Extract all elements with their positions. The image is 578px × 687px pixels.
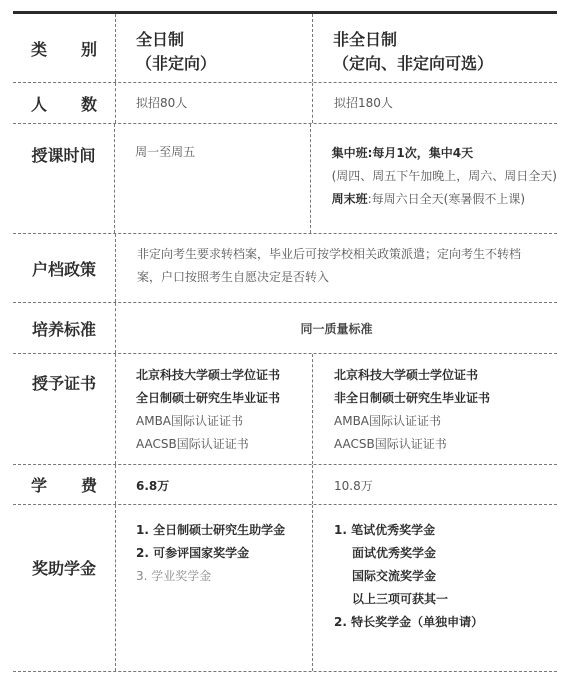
table-row-hukou: 户档政策 非定向考生要求转档案，毕业后可按学校相关政策派遣；定向考生不转档 案，… bbox=[13, 234, 557, 303]
schedule-part-time: 集中班:每月1次，集中4天 (周四、周五下午加晚上，周六、周日全天) 周末班:每… bbox=[311, 124, 557, 233]
tuition-part-time: 10.8万 bbox=[313, 465, 557, 504]
comparison-table: 类 别 全日制 （非定向） 非全日制 （定向、非定向可选） 人 数 拟招80人 … bbox=[13, 11, 557, 672]
row-label-hukou: 户档政策 bbox=[13, 234, 116, 302]
full-time-header: 全日制 （非定向） bbox=[116, 14, 313, 82]
certificate-item: 全日制硕士研究生毕业证书 bbox=[136, 387, 312, 410]
scholarship-item: 1. 笔试优秀奖学金 bbox=[334, 519, 557, 542]
category-header-char-2: 别 bbox=[81, 37, 97, 60]
hukou-policy-line-2: 案，户口按照考生自愿决定是否转入 bbox=[137, 266, 547, 289]
part-time-subtitle: （定向、非定向可选） bbox=[333, 52, 557, 76]
hukou-policy-text: 非定向考生要求转档案，毕业后可按学校相关政策派遣；定向考生不转档 案，户口按照考… bbox=[116, 234, 557, 302]
certificates-full-time: 北京科技大学硕士学位证书 全日制硕士研究生毕业证书 AMBA国际认证证书 AAC… bbox=[116, 354, 313, 464]
count-part-time: 拟招180人 bbox=[313, 83, 557, 123]
certificate-item: 北京科技大学硕士学位证书 bbox=[136, 364, 312, 387]
scholarship-item: 面试优秀奖学金 bbox=[334, 542, 557, 565]
category-header: 类 别 bbox=[13, 14, 116, 82]
scholarship-item: 国际交流奖学金 bbox=[334, 565, 557, 588]
row-label-certificates: 授予证书 bbox=[13, 354, 116, 464]
schedule-intensive-class: 集中班:每月1次，集中4天 bbox=[332, 142, 557, 165]
scholarship-full-time: 1. 全日制硕士研究生助学金 2. 可参评国家奖学金 3. 学业奖学金 bbox=[116, 505, 313, 671]
row-label-tuition-char-2: 费 bbox=[81, 473, 97, 496]
certificate-item: AMBA国际认证证书 bbox=[334, 410, 557, 433]
certificate-item: 北京科技大学硕士学位证书 bbox=[334, 364, 557, 387]
schedule-intensive-detail: (周四、周五下午加晚上，周六、周日全天) bbox=[332, 165, 557, 188]
tuition-full-time: 6.8万 bbox=[116, 465, 313, 504]
row-label-count-char-2: 数 bbox=[81, 92, 97, 115]
scholarship-item: 2. 特长奖学金（单独申请） bbox=[334, 611, 557, 634]
category-header-char-1: 类 bbox=[31, 37, 47, 60]
schedule-weekend-class-detail: :每周六日全天(寒暑假不上课) bbox=[368, 192, 525, 206]
scholarship-item: 1. 全日制硕士研究生助学金 bbox=[136, 519, 312, 542]
certificate-item: AACSB国际认证证书 bbox=[334, 433, 557, 456]
schedule-full-time: 周一至周五 bbox=[115, 124, 311, 233]
certificate-item: AACSB国际认证证书 bbox=[136, 433, 312, 456]
standard-text: 同一质量标准 bbox=[116, 303, 557, 353]
full-time-subtitle: （非定向） bbox=[136, 52, 312, 76]
table-row-scholarship: 奖助学金 1. 全日制硕士研究生助学金 2. 可参评国家奖学金 3. 学业奖学金… bbox=[13, 505, 557, 672]
count-full-time: 拟招80人 bbox=[116, 83, 313, 123]
scholarship-item: 3. 学业奖学金 bbox=[136, 565, 312, 588]
certificate-item: AMBA国际认证证书 bbox=[136, 410, 312, 433]
scholarship-item: 以上三项可获其一 bbox=[334, 588, 557, 611]
certificates-part-time: 北京科技大学硕士学位证书 非全日制硕士研究生毕业证书 AMBA国际认证证书 AA… bbox=[313, 354, 557, 464]
row-label-tuition: 学 费 bbox=[13, 465, 116, 504]
table-row-standard: 培养标准 同一质量标准 bbox=[13, 303, 557, 354]
certificate-item: 非全日制硕士研究生毕业证书 bbox=[334, 387, 557, 410]
table-row-schedule: 授课时间 周一至周五 集中班:每月1次，集中4天 (周四、周五下午加晚上，周六、… bbox=[13, 124, 557, 234]
scholarship-part-time: 1. 笔试优秀奖学金 面试优秀奖学金 国际交流奖学金 以上三项可获其一 2. 特… bbox=[313, 505, 557, 671]
table-row-tuition: 学 费 6.8万 10.8万 bbox=[13, 465, 557, 505]
part-time-title: 非全日制 bbox=[333, 28, 557, 52]
full-time-title: 全日制 bbox=[136, 28, 312, 52]
row-label-count: 人 数 bbox=[13, 83, 116, 123]
row-label-schedule: 授课时间 bbox=[13, 124, 115, 233]
row-label-count-char-1: 人 bbox=[31, 92, 47, 115]
scholarship-item: 2. 可参评国家奖学金 bbox=[136, 542, 312, 565]
part-time-header: 非全日制 （定向、非定向可选） bbox=[313, 14, 557, 82]
row-label-tuition-char-1: 学 bbox=[31, 473, 47, 496]
table-row-certificates: 授予证书 北京科技大学硕士学位证书 全日制硕士研究生毕业证书 AMBA国际认证证… bbox=[13, 354, 557, 465]
schedule-weekend-class-label: 周末班 bbox=[332, 192, 368, 206]
header-row: 类 别 全日制 （非定向） 非全日制 （定向、非定向可选） bbox=[13, 14, 557, 83]
hukou-policy-line-1: 非定向考生要求转档案，毕业后可按学校相关政策派遣；定向考生不转档 bbox=[137, 243, 547, 266]
row-label-scholarship: 奖助学金 bbox=[13, 505, 116, 671]
table-row-count: 人 数 拟招80人 拟招180人 bbox=[13, 83, 557, 124]
row-label-standard: 培养标准 bbox=[13, 303, 116, 353]
